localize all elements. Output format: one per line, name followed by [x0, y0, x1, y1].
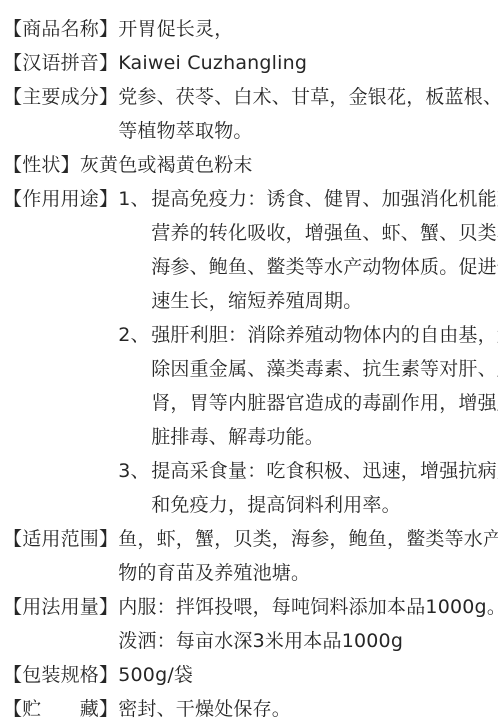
field-value-line: 营养的转化吸收，增强鱼、虾、蟹、贝类、	[151, 216, 498, 250]
field-value-pinyin: Kaiwei Cuzhangling	[118, 46, 498, 80]
field-value-line: 内服：拌饵投喂，每吨饲料添加本品1000g。	[118, 590, 498, 624]
spec-row-ingredients: 【主要成分】 党参、茯苓、白术、甘草，金银花，板蓝根、 等植物萃取物。	[3, 80, 498, 148]
field-value-ingredients: 党参、茯苓、白术、甘草，金银花，板蓝根、 等植物萃取物。	[118, 80, 498, 148]
spec-row-properties: 【性状】 灰黄色或褐黄色粉末	[3, 148, 498, 182]
spec-row-scope: 【适用范围】 鱼，虾，蟹，贝类，海参，鲍鱼，鳖类等水产动 物的育苗及养殖池塘。	[3, 522, 498, 590]
field-value-line: 提高免疫力：诱食、健胃、加强消化机能对	[151, 182, 498, 216]
field-label-ingredients: 【主要成分】	[3, 80, 118, 114]
field-value-line: 海参、鲍鱼、鳖类等水产动物体质。促进快	[151, 250, 498, 284]
field-value-line: 除因重金属、藻类毒素、抗生素等对肝、胆、	[151, 352, 498, 386]
field-value-packaging: 500g/袋	[118, 658, 498, 692]
field-label-packaging: 【包装规格】	[3, 658, 118, 692]
field-value-storage: 密封、干燥处保存。	[118, 692, 498, 726]
field-value-line: Kaiwei Cuzhangling	[118, 46, 498, 80]
field-value-product-name: 开胃促长灵，	[118, 12, 498, 46]
spec-row-dosage: 【用法用量】 内服：拌饵投喂，每吨饲料添加本品1000g。 泼洒：每亩水深3米用…	[3, 590, 498, 658]
field-value-line: 500g/袋	[118, 658, 498, 692]
field-value-line: 脏排毒、解毒功能。	[151, 420, 498, 454]
function-item-number: 3、	[118, 454, 151, 488]
field-value-line: 党参、茯苓、白术、甘草，金银花，板蓝根、	[118, 80, 498, 114]
function-item-1: 1、 提高免疫力：诱食、健胃、加强消化机能对 营养的转化吸收，增强鱼、虾、蟹、贝…	[118, 182, 498, 318]
field-value-line: 提高采食量：吃食积极、迅速，增强抗病力	[151, 454, 498, 488]
field-label-storage: 【贮 藏】	[3, 692, 118, 726]
spec-row-product-name: 【商品名称】 开胃促长灵，	[3, 12, 498, 46]
function-item-text: 提高免疫力：诱食、健胃、加强消化机能对 营养的转化吸收，增强鱼、虾、蟹、贝类、 …	[151, 182, 498, 318]
field-label-product-name: 【商品名称】	[3, 12, 118, 46]
field-value-line: 泼洒：每亩水深3米用本品1000g	[118, 624, 498, 658]
field-value-line: 鱼，虾，蟹，贝类，海参，鲍鱼，鳖类等水产动	[118, 522, 498, 556]
field-value-dosage: 内服：拌饵投喂，每吨饲料添加本品1000g。 泼洒：每亩水深3米用本品1000g	[118, 590, 498, 658]
field-value-line: 速生长，缩短养殖周期。	[151, 284, 498, 318]
field-value-scope: 鱼，虾，蟹，贝类，海参，鲍鱼，鳖类等水产动 物的育苗及养殖池塘。	[118, 522, 498, 590]
field-value-line: 和免疫力，提高饲料利用率。	[151, 488, 498, 522]
field-label-properties: 【性状】	[3, 148, 80, 182]
field-value-functions: 1、 提高免疫力：诱食、健胃、加强消化机能对 营养的转化吸收，增强鱼、虾、蟹、贝…	[118, 182, 498, 522]
field-value-line: 物的育苗及养殖池塘。	[118, 556, 498, 590]
field-value-line: 密封、干燥处保存。	[118, 692, 498, 726]
field-label-pinyin: 【汉语拼音】	[3, 46, 118, 80]
function-item-2: 2、 强肝利胆：消除养殖动物体内的自由基，解 除因重金属、藻类毒素、抗生素等对肝…	[118, 318, 498, 454]
spec-row-functions: 【作用用途】 1、 提高免疫力：诱食、健胃、加强消化机能对 营养的转化吸收，增强…	[3, 182, 498, 522]
function-item-text: 提高采食量：吃食积极、迅速，增强抗病力 和免疫力，提高饲料利用率。	[151, 454, 498, 522]
field-value-properties: 灰黄色或褐黄色粉末	[80, 148, 498, 182]
function-item-3: 3、 提高采食量：吃食积极、迅速，增强抗病力 和免疫力，提高饲料利用率。	[118, 454, 498, 522]
spec-row-storage: 【贮 藏】 密封、干燥处保存。	[3, 692, 498, 726]
spec-row-packaging: 【包装规格】 500g/袋	[3, 658, 498, 692]
field-label-functions: 【作用用途】	[3, 182, 118, 216]
field-value-line: 开胃促长灵，	[118, 12, 498, 46]
field-value-line: 等植物萃取物。	[118, 114, 498, 148]
product-spec-sheet: 【商品名称】 开胃促长灵， 【汉语拼音】 Kaiwei Cuzhangling …	[0, 0, 500, 727]
function-item-number: 1、	[118, 182, 151, 216]
spec-row-pinyin: 【汉语拼音】 Kaiwei Cuzhangling	[3, 46, 498, 80]
function-item-text: 强肝利胆：消除养殖动物体内的自由基，解 除因重金属、藻类毒素、抗生素等对肝、胆、…	[151, 318, 498, 454]
field-value-line: 肾，胃等内脏器官造成的毒副作用，增强肝	[151, 386, 498, 420]
field-value-line: 灰黄色或褐黄色粉末	[80, 148, 498, 182]
function-item-number: 2、	[118, 318, 151, 352]
field-label-dosage: 【用法用量】	[3, 590, 118, 624]
field-label-scope: 【适用范围】	[3, 522, 118, 556]
field-value-line: 强肝利胆：消除养殖动物体内的自由基，解	[151, 318, 498, 352]
